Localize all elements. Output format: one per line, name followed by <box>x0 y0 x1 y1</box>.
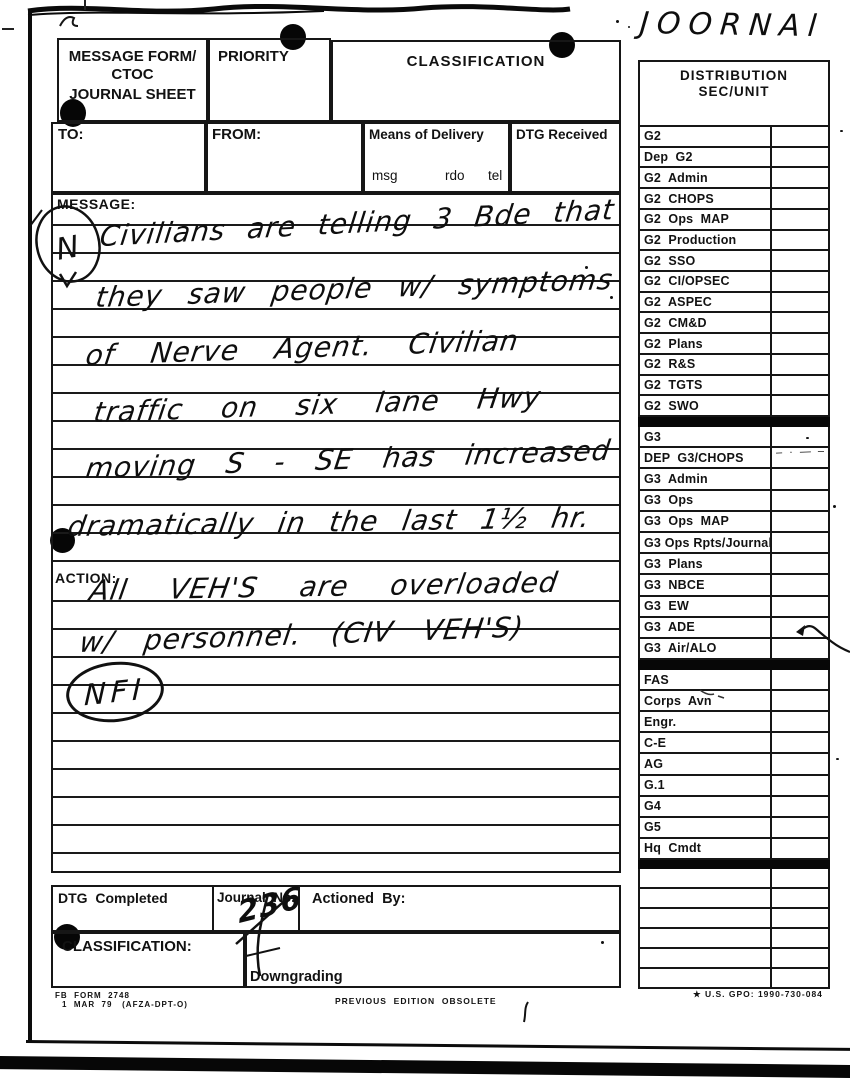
ade-check-mark <box>792 616 850 656</box>
distribution-row <box>640 949 828 969</box>
dep-g3-pen-mark: – · — – <box>776 445 826 459</box>
ruled-line <box>53 796 619 798</box>
distribution-unit-label: G2 ASPEC <box>640 293 772 312</box>
distribution-unit-label: AG <box>640 754 772 773</box>
distribution-row <box>640 889 828 909</box>
distribution-row: G2 ASPEC <box>640 293 828 314</box>
distribution-row: G.1 <box>640 776 828 797</box>
form-title-line1: MESSAGE FORM/ <box>57 48 208 65</box>
distribution-unit-label: G2 CI/OPSEC <box>640 272 772 291</box>
scan-speck <box>836 758 839 760</box>
distribution-unit-label: G2 CM&D <box>640 313 772 332</box>
scan-speck <box>833 505 836 508</box>
priority-label: PRIORITY <box>218 48 289 65</box>
scanned-journal-sheet: JOORNAl MESSAGE FORM/ CTOC JOURNAL SHEET… <box>0 0 850 1084</box>
distribution-check-cell <box>772 293 828 312</box>
distribution-check-cell <box>772 733 828 752</box>
distribution-check-cell <box>772 712 828 731</box>
distribution-check-cell <box>772 376 828 395</box>
gpo-note: ★ U.S. GPO: 1990-730-084 <box>693 989 823 1000</box>
distribution-section-g2: G2Dep G2G2 AdminG2 CHOPSG2 Ops MAPG2 Pro… <box>640 127 828 417</box>
distribution-unit-label: G.1 <box>640 776 772 795</box>
ruled-line <box>53 852 619 854</box>
distribution-check-cell <box>772 691 828 710</box>
distribution-row: C-E <box>640 733 828 754</box>
distribution-unit-label <box>640 929 772 947</box>
distribution-unit-label: G2 Plans <box>640 334 772 353</box>
distribution-check-cell <box>772 491 828 510</box>
distribution-unit-label <box>640 889 772 907</box>
distribution-unit-label: G2 CHOPS <box>640 189 772 208</box>
distribution-row: G3 Admin <box>640 469 828 490</box>
scan-speck <box>628 26 630 28</box>
distribution-unit-label <box>640 909 772 927</box>
distribution-check-cell <box>772 355 828 374</box>
ruled-line <box>53 560 619 562</box>
distribution-unit-label: Hq Cmdt <box>640 839 772 858</box>
previous-edition-note: PREVIOUS EDITION OBSOLETE <box>335 996 497 1006</box>
downgrading-label: Downgrading <box>250 969 343 985</box>
distribution-check-cell <box>772 533 828 552</box>
distribution-check-cell <box>772 554 828 573</box>
distribution-unit-label: G3 Admin <box>640 469 772 488</box>
distribution-row: G3 <box>640 427 828 448</box>
distribution-unit-label: Dep G2 <box>640 148 772 167</box>
distribution-check-cell <box>772 754 828 773</box>
distribution-table: G2Dep G2G2 AdminG2 CHOPSG2 Ops MAPG2 Pro… <box>638 127 830 989</box>
distribution-check-cell <box>772 148 828 167</box>
to-label: TO: <box>58 126 84 143</box>
divider <box>212 885 214 932</box>
distribution-row: G3 EW <box>640 597 828 618</box>
distribution-check-cell <box>772 869 828 887</box>
distribution-row: G3 NBCE <box>640 575 828 596</box>
distribution-check-cell <box>772 797 828 816</box>
distribution-unit-label: G2 Production <box>640 231 772 250</box>
distribution-check-cell <box>772 889 828 907</box>
distribution-check-cell <box>772 127 828 146</box>
distribution-row: G2 SWO <box>640 396 828 417</box>
distribution-unit-label: G3 Air/ALO <box>640 639 772 658</box>
distribution-check-cell <box>772 210 828 229</box>
distribution-row: Hq Cmdt <box>640 839 828 860</box>
scan-edge-top <box>24 0 644 22</box>
distribution-row: G2 Admin <box>640 168 828 189</box>
distribution-unit-label: DEP G3/CHOPS <box>640 448 772 467</box>
distribution-unit-label <box>640 869 772 887</box>
pen-mark <box>2 28 14 30</box>
distribution-row <box>640 969 828 989</box>
distribution-unit-label: G5 <box>640 818 772 837</box>
distribution-unit-label: G3 EW <box>640 597 772 616</box>
distribution-row: G2 TGTS <box>640 376 828 397</box>
scan-edge-bottom-bar <box>0 1056 850 1078</box>
section-divider-bar <box>638 860 830 869</box>
distribution-header-line2: SEC/UNIT <box>638 84 830 99</box>
means-option-tel: tel <box>488 168 502 183</box>
distribution-row: Engr. <box>640 712 828 733</box>
distribution-row: Dep G2 <box>640 148 828 169</box>
distribution-unit-label: Engr. <box>640 712 772 731</box>
scan-speck <box>840 130 843 132</box>
section-divider-bar <box>638 660 830 670</box>
distribution-unit-label: G3 <box>640 427 772 446</box>
form-number: FB FORM 2748 <box>55 991 130 1000</box>
pen-mark <box>84 0 86 10</box>
distribution-unit-label: C-E <box>640 733 772 752</box>
ruled-line <box>53 252 619 254</box>
distribution-check-cell <box>772 272 828 291</box>
scan-speck <box>585 266 588 269</box>
classification-bottom-label: CLASSIFICATION: <box>62 938 192 955</box>
distribution-check-cell <box>772 168 828 187</box>
pen-scribble <box>520 1000 534 1024</box>
item-mark-letter: N <box>54 229 82 267</box>
distribution-row <box>640 929 828 949</box>
distribution-unit-label: G2 Ops MAP <box>640 210 772 229</box>
scan-speck <box>610 296 613 299</box>
distribution-section-blank <box>640 869 828 989</box>
distribution-check-cell <box>772 969 828 987</box>
ruled-line <box>53 824 619 826</box>
classification-label: CLASSIFICATION <box>331 53 621 70</box>
scan-speck <box>806 437 809 439</box>
distribution-row <box>640 909 828 929</box>
distribution-row: AG <box>640 754 828 775</box>
distribution-check-cell <box>772 818 828 837</box>
distribution-check-cell <box>772 334 828 353</box>
scan-speck <box>601 941 604 944</box>
distribution-check-cell <box>772 469 828 488</box>
distribution-unit-label: G3 NBCE <box>640 575 772 594</box>
distribution-unit-label: G4 <box>640 797 772 816</box>
circled-item-mark: N <box>28 202 108 292</box>
distribution-row: G2 CI/OPSEC <box>640 272 828 293</box>
distribution-unit-label: G2 TGTS <box>640 376 772 395</box>
distribution-row: FAS <box>640 670 828 691</box>
scan-edge-bottom-thin <box>26 1040 850 1051</box>
pen-scribble <box>56 10 82 32</box>
dtg-received-label: DTG Received <box>516 127 608 142</box>
nfi-text: NFI <box>84 672 147 713</box>
distribution-check-cell <box>772 231 828 250</box>
distribution-row: G5 <box>640 818 828 839</box>
distribution-check-cell <box>772 189 828 208</box>
distribution-row: G2 <box>640 127 828 148</box>
distribution-unit-label: G2 R&S <box>640 355 772 374</box>
distribution-check-cell <box>772 597 828 616</box>
corps-avn-pen-mark <box>698 686 728 700</box>
distribution-check-cell <box>772 929 828 947</box>
distribution-row: G2 Ops MAP <box>640 210 828 231</box>
distribution-unit-label: G3 Ops MAP <box>640 512 772 531</box>
distribution-check-cell <box>772 512 828 531</box>
means-option-rdo: rdo <box>445 168 465 183</box>
distribution-row: G3 Ops MAP <box>640 512 828 533</box>
scan-edge-left <box>28 10 32 1042</box>
distribution-row: G2 CM&D <box>640 313 828 334</box>
distribution-check-cell <box>772 949 828 967</box>
distribution-unit-label: G2 Admin <box>640 168 772 187</box>
means-of-delivery-label: Means of Delivery <box>369 127 484 142</box>
distribution-unit-label: G2 SWO <box>640 396 772 415</box>
form-date: 1 MAR 79 (AFZA-DPT-O) <box>62 1000 188 1009</box>
actioned-by-label: Actioned By: <box>312 891 405 907</box>
distribution-row: G2 CHOPS <box>640 189 828 210</box>
distribution-unit-label: G3 Plans <box>640 554 772 573</box>
distribution-row <box>640 869 828 889</box>
distribution-unit-label <box>640 949 772 967</box>
dtg-completed-label: DTG Completed <box>58 890 168 906</box>
distribution-row: G2 R&S <box>640 355 828 376</box>
distribution-row: G3 Plans <box>640 554 828 575</box>
distribution-check-cell <box>772 670 828 689</box>
scan-speck <box>616 20 619 23</box>
distribution-row: G3 Ops <box>640 491 828 512</box>
means-option-msg: msg <box>372 168 398 183</box>
distribution-check-cell <box>772 251 828 270</box>
form-title-line2: CTOC <box>57 66 208 83</box>
distribution-unit-label: G3 ADE <box>640 618 772 637</box>
distribution-unit-label <box>640 969 772 987</box>
distribution-check-cell <box>772 575 828 594</box>
distribution-row: G2 Plans <box>640 334 828 355</box>
distribution-check-cell <box>772 909 828 927</box>
distribution-section-staff: FASCorps AvnEngr.C-EAGG.1G4G5Hq Cmdt <box>640 670 828 860</box>
distribution-row: Corps Avn <box>640 691 828 712</box>
distribution-unit-label: G2 <box>640 127 772 146</box>
form-title-line3: JOURNAL SHEET <box>57 86 208 103</box>
distribution-row: G2 SSO <box>640 251 828 272</box>
ruled-line <box>53 768 619 770</box>
section-divider-bar <box>638 417 830 427</box>
handwritten-journal-scrawl: JOORNAl <box>638 6 825 44</box>
distribution-check-cell <box>772 427 828 446</box>
distribution-check-cell <box>772 839 828 858</box>
distribution-header-line1: DISTRIBUTION <box>638 68 830 83</box>
distribution-check-cell <box>772 396 828 415</box>
distribution-check-cell <box>772 776 828 795</box>
distribution-unit-label: G3 Ops Rpts/Journal <box>640 533 772 552</box>
distribution-row: G2 Production <box>640 231 828 252</box>
from-label: FROM: <box>212 126 261 143</box>
distribution-row: G4 <box>640 797 828 818</box>
distribution-row: G3 Ops Rpts/Journal <box>640 533 828 554</box>
distribution-unit-label: G2 SSO <box>640 251 772 270</box>
distribution-unit-label: G3 Ops <box>640 491 772 510</box>
ruled-line <box>53 740 619 742</box>
distribution-check-cell <box>772 313 828 332</box>
